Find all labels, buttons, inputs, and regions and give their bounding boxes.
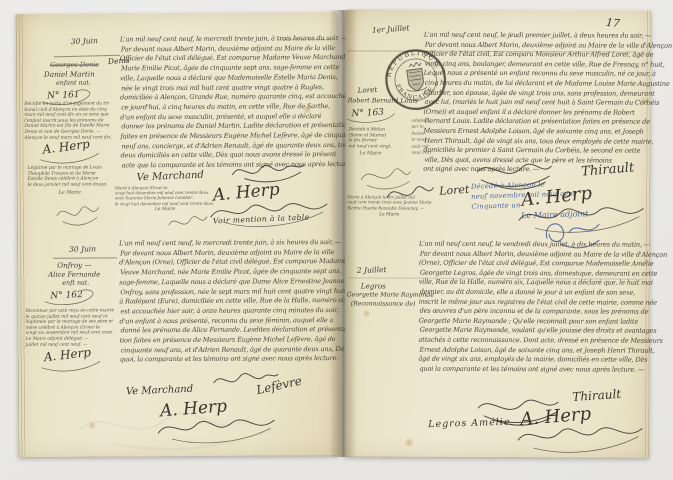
record4-family-name: Legros bbox=[361, 281, 386, 290]
signature-herp-flourish bbox=[514, 422, 646, 453]
record4-signature-thirault: Thirault bbox=[572, 387, 622, 404]
record3-signature-thirault: Thirault bbox=[581, 160, 635, 179]
record3-child-name: Robert Bernard Louis bbox=[348, 96, 418, 104]
foxing-spot bbox=[404, 438, 414, 448]
page-number: 17 bbox=[605, 16, 620, 30]
record2-child-name: Alice Fernande bbox=[48, 270, 100, 278]
record4-child-note: (Reconnaissance de) bbox=[351, 300, 416, 307]
left-page: 30 Juin Georges Denis Denis Daniel Marti… bbox=[16, 12, 340, 457]
foxing-spot bbox=[88, 422, 96, 430]
record1-body-text: L'an mil neuf cent neuf, le mercredi tre… bbox=[120, 34, 356, 171]
foxing-spot bbox=[302, 104, 312, 114]
margin-date-underline bbox=[53, 257, 117, 258]
ink-bleed-ghost bbox=[444, 306, 624, 357]
record3-left-scribble bbox=[383, 178, 437, 210]
record1-signature-marchand: Ve Marchand bbox=[136, 170, 204, 184]
record4-margin-date: 2 Juillet bbox=[357, 265, 387, 275]
record-number-flourish bbox=[43, 288, 95, 306]
record1-margin-note: Rectifié en vertu d'un jugement du tri-b… bbox=[24, 101, 112, 141]
record1-margin-date: 30 Juin bbox=[71, 36, 98, 46]
signature-herp-flourish bbox=[515, 202, 647, 235]
record3-body-text: L'an mil neuf cent neuf, le jeudi premie… bbox=[423, 31, 671, 176]
record1-child-note: enfant nat. bbox=[56, 80, 91, 87]
record3-margin-date: 1er Juillet bbox=[372, 23, 410, 34]
right-page: 17 1er Juillet RÉPUBLIQUE FRANÇAISE bbox=[344, 9, 651, 457]
foxing-spot bbox=[363, 309, 371, 317]
side-note-scribble bbox=[165, 209, 211, 239]
record3-script-name: Loret bbox=[439, 183, 470, 198]
record2-family-name: Onfroy — bbox=[57, 261, 92, 270]
record1-legitimation-sig: Le Maire bbox=[59, 191, 81, 197]
signature-flourish bbox=[38, 151, 102, 165]
record3-marriage-note-sig: Le Maire bbox=[379, 212, 399, 218]
record1-child-name: Daniel Martin bbox=[44, 70, 95, 79]
record1-side-note: Marié à Alençon (Orne) levingt huit déce… bbox=[115, 185, 214, 206]
record3-family-name: Loret bbox=[357, 85, 377, 95]
record2-signature-marchand: Ve Marchand bbox=[126, 384, 194, 398]
record3-margin-note-sig: Le Maire bbox=[359, 151, 381, 157]
record4-signature-declarant: Legros Amélie bbox=[428, 417, 511, 431]
record2-margin-date: 30 Juin bbox=[69, 244, 96, 254]
page-stack-edge bbox=[16, 14, 26, 457]
ink-bleed-ghost bbox=[74, 398, 284, 459]
record1-struck-name: Georges Denis bbox=[50, 60, 99, 68]
register-scan: 30 Juin Georges Denis Denis Daniel Marti… bbox=[0, 0, 673, 480]
foxing-spot bbox=[640, 97, 649, 106]
margin-scribble bbox=[53, 197, 103, 231]
record1-legitimation-note: Légitimé par le mariage de LouisThéophil… bbox=[28, 165, 108, 188]
book-gutter bbox=[329, 10, 357, 457]
record2-margin-note: Reconnue par acte reçu en cette mairiele… bbox=[25, 308, 114, 348]
record2-body-text: L'an mil neuf cent neuf, le mercredi tre… bbox=[119, 238, 349, 366]
signature-flourish bbox=[40, 359, 104, 373]
record2-child-note: enft nat. bbox=[62, 280, 89, 287]
